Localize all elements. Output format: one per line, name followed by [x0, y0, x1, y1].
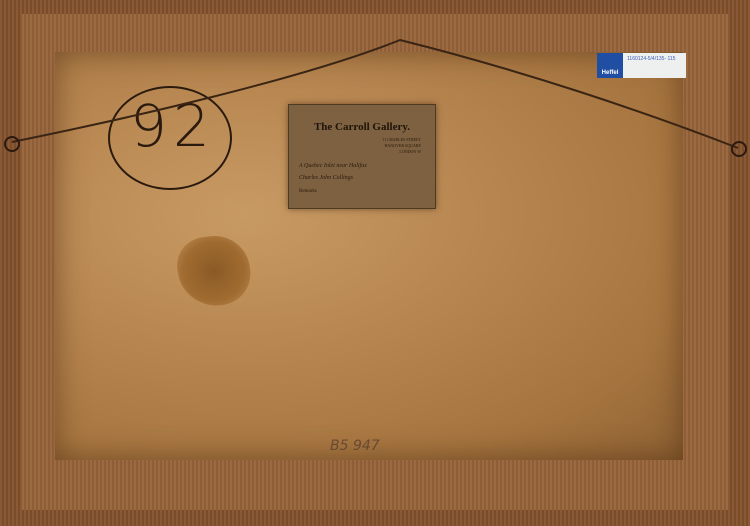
- hanging-wire: [0, 0, 750, 526]
- left-screw-eye-icon: [4, 136, 20, 152]
- right-screw-eye-icon: [731, 141, 747, 157]
